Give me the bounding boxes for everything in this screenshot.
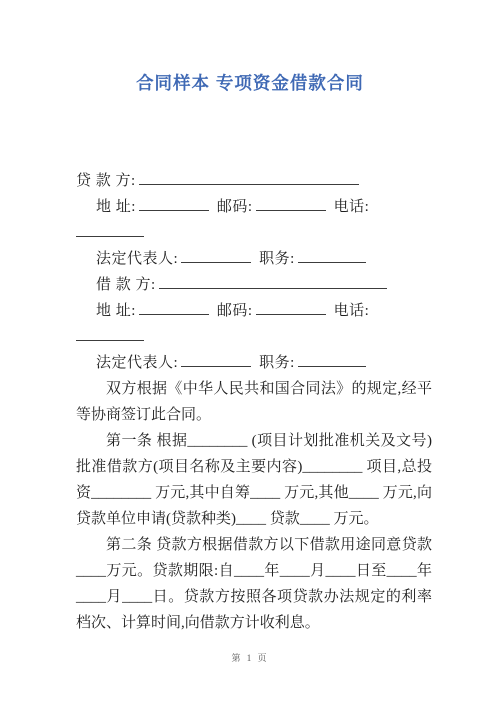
- zip-label: 邮码:: [217, 303, 253, 319]
- lender-label: 贷 款 方:: [76, 173, 136, 189]
- address-blank: [139, 195, 209, 211]
- zip-blank: [256, 195, 326, 211]
- position-blank: [298, 247, 366, 263]
- phone-label: 电话:: [334, 199, 370, 215]
- borrower-label: 借 款 方:: [96, 277, 156, 293]
- legal-rep-blank: [181, 247, 251, 263]
- phone-label: 电话:: [334, 303, 370, 319]
- borrower-legal-rep-line: 法定代表人:职务:: [76, 350, 432, 376]
- document-page: 合同样本 专项资金借款合同 贷 款 方: 地 址:邮码:电话: 法定代表人:职务…: [0, 0, 500, 708]
- lender-address-line: 地 址:邮码:电话:: [76, 194, 432, 220]
- borrower-address-line: 地 址:邮码:电话:: [76, 298, 432, 324]
- page-number: 第 1 页: [0, 651, 500, 664]
- legal-rep-label: 法定代表人:: [96, 251, 178, 267]
- legal-rep-label: 法定代表人:: [96, 355, 178, 371]
- position-label: 职务:: [259, 251, 295, 267]
- document-title: 合同样本 专项资金借款合同: [0, 0, 500, 94]
- address-label: 地 址:: [96, 303, 136, 319]
- address-blank: [139, 299, 209, 315]
- legal-rep-blank: [181, 351, 251, 367]
- phone-continuation-line: [76, 324, 432, 350]
- phone-continuation-line: [76, 220, 432, 246]
- lender-line: 贷 款 方:: [76, 168, 432, 194]
- phone-blank: [76, 221, 144, 237]
- position-blank: [298, 351, 366, 367]
- zip-label: 邮码:: [217, 199, 253, 215]
- article-2-paragraph: 第二条 贷款方根据借款方以下借款用途同意贷款____万元。贷款期限:自____年…: [76, 532, 432, 636]
- intro-paragraph: 双方根据《中华人民共和国合同法》的规定,经平等协商签订此合同。: [76, 376, 432, 428]
- article-1-paragraph: 第一条 根据________ (项目计划批准机关及文号)批准借款方(项目名称及主…: [76, 428, 432, 532]
- position-label: 职务:: [259, 355, 295, 371]
- zip-blank: [256, 299, 326, 315]
- phone-blank: [76, 325, 144, 341]
- borrower-line: 借 款 方:: [76, 272, 432, 298]
- address-label: 地 址:: [96, 199, 136, 215]
- lender-name-blank: [139, 169, 359, 185]
- contract-body: 贷 款 方: 地 址:邮码:电话: 法定代表人:职务: 借 款 方: 地 址:邮…: [76, 168, 432, 636]
- lender-legal-rep-line: 法定代表人:职务:: [76, 246, 432, 272]
- borrower-name-blank: [159, 273, 387, 289]
